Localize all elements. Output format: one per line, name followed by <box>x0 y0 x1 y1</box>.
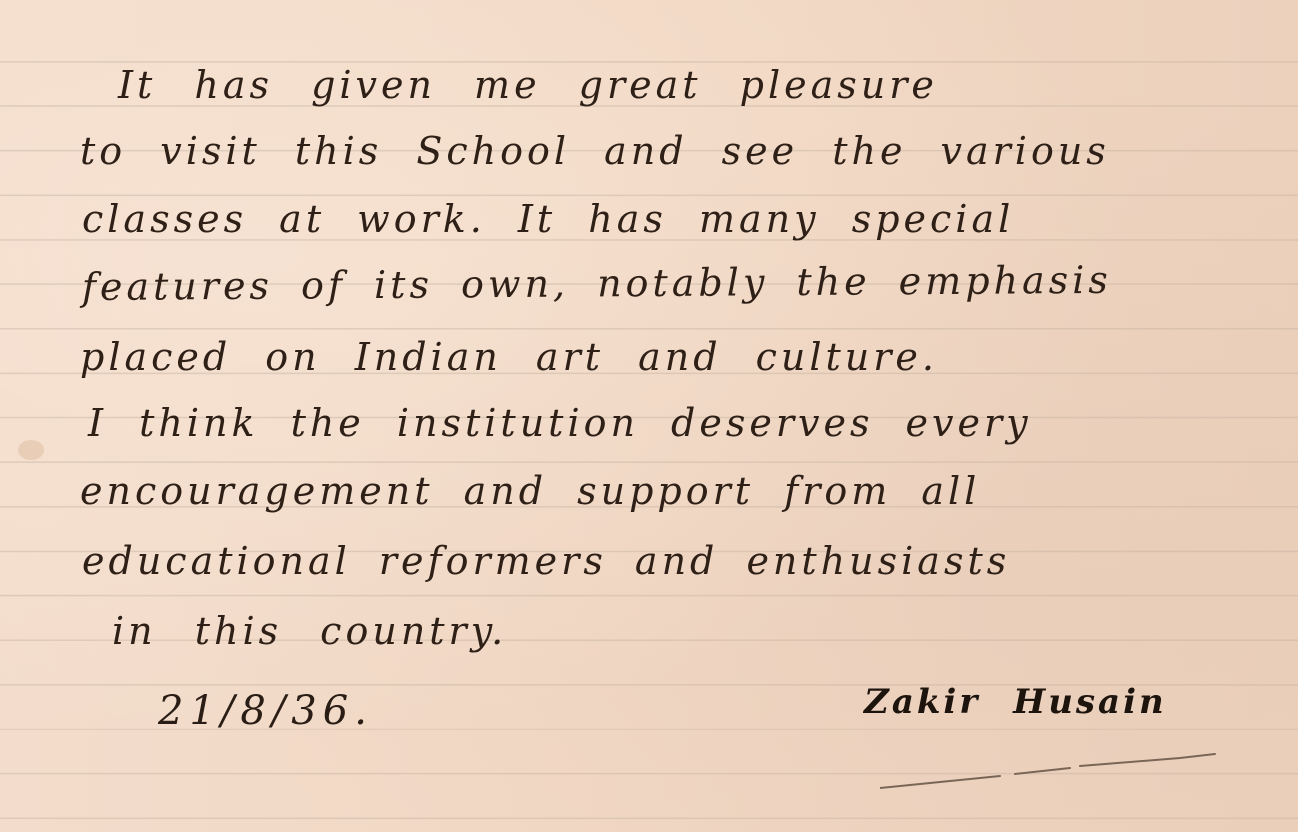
letter-line-4: features of its own, notably the emphasi… <box>82 261 1112 306</box>
letter-line-5: placed on Indian art and culture. <box>80 338 938 376</box>
letter-line-9: in this country. <box>112 612 507 650</box>
letter-line-3: classes at work. It has many special <box>82 200 1014 238</box>
letter-line-7: encouragement and support from all <box>80 472 980 510</box>
handwritten-letter: It has given me great pleasure to visit … <box>0 0 1298 832</box>
letter-line-6: I think the institution deserves every <box>88 404 1032 442</box>
signature-flourish-stroke <box>880 752 1220 792</box>
letter-date: 21/8/36. <box>158 688 373 734</box>
letter-line-2: to visit this School and see the various <box>80 132 1110 170</box>
letter-line-1: It has given me great pleasure <box>118 66 938 104</box>
letter-line-8: educational reformers and enthusiasts <box>82 542 1010 580</box>
signature: Zakir Husain <box>864 682 1167 722</box>
